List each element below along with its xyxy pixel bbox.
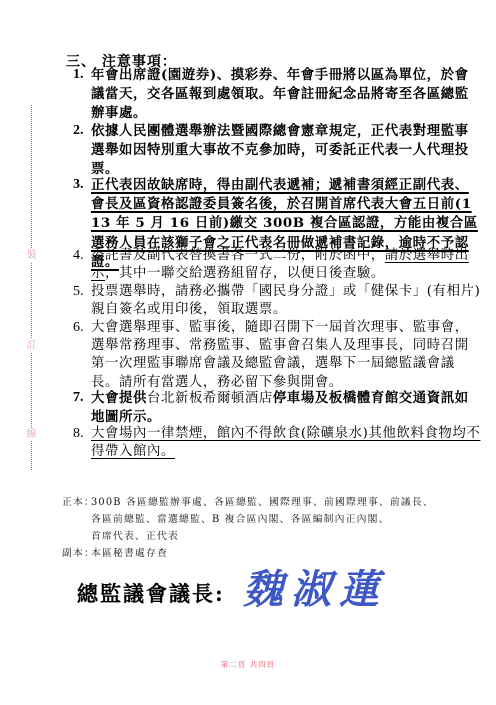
item-number: 4. (73, 247, 89, 265)
item-text: 投票選舉時，請務必攜帶「國民身分證」或「健保卡」(有相片)親自簽名或用印後，領取… (91, 283, 481, 319)
item-text: 大會選舉理事、監事後，隨即召開下一屆首次理事、監事會，選舉常務理事、常務監事、監… (91, 319, 481, 392)
notice-item: 8.大會場內一律禁煙，館內不得飲食(除礦泉水)其他飲料食物均不得帶入館內。 (73, 425, 481, 461)
item-number: 8. (73, 425, 89, 443)
signer-title: 總監議會議長: (77, 578, 225, 608)
item-text-segment: 台北新板希爾頓酒店 (147, 391, 273, 406)
item-text: 年會出席證(園遊券)、摸彩券、年會手冊將以區為單位，於會議當天，交各區報到處領取… (91, 66, 481, 124)
binding-mark-zhuang: 裝 (25, 249, 38, 262)
original-label: 正本： (62, 494, 95, 511)
signature-image: 魏淑蓮 (243, 558, 387, 615)
binding-mark-ding: 訂 (25, 339, 38, 352)
item-number: 1. (73, 66, 89, 84)
notice-item: 1.年會出席證(園遊券)、摸彩券、年會手冊將以區為單位，於會議當天，交各區報到處… (73, 66, 481, 124)
item-number: 2. (73, 122, 89, 140)
notice-item: 5.投票選舉時，請務必攜帶「國民身分證」或「健保卡」(有相片)親自簽名或用印後，… (73, 283, 481, 319)
item-text-segment: 依據人民團體選舉辦法暨國際總會憲章規定，正代表對理監事選舉如因特別重大事故不克參… (91, 123, 469, 177)
item-text: 委託書及副代表替換書各一式二份，附於函中，請於選舉時出示，其中一聯交給選務組留存… (91, 247, 481, 283)
binding-line (31, 105, 32, 470)
item-number: 5. (73, 283, 89, 301)
item-number: 3. (73, 176, 89, 194)
original-line: 各區前總監、當選總監、B 複合區內閣、各區編制內正內閣、 (91, 511, 434, 528)
item-text-segment: 投票選舉時，請務必攜帶「國民身分證」或「健保卡」(有相片)親自簽名或用印後，領取… (91, 284, 480, 317)
notice-item: 2.依據人民團體選舉辦法暨國際總會憲章規定，正代表對理監事選舉如因特別重大事故不… (73, 122, 481, 180)
item-text: 大會提供台北新板希爾頓酒店停車場及板橋體育館交通資訊如地圖所示。 (91, 389, 481, 427)
distribution-original: 正本： 300B 各區總監辦事處、各區總監、國際理事、前國際理事、前議長、 各區… (62, 494, 434, 545)
item-text-segment: 大會提供 (91, 390, 147, 406)
item-text: 依據人民團體選舉辦法暨國際總會憲章規定，正代表對理監事選舉如因特別重大事故不克參… (91, 122, 481, 180)
notice-item: 4.委託書及副代表替換書各一式二份，附於函中，請於選舉時出示，其中一聯交給選務組… (73, 247, 481, 283)
copy-label: 副本： (62, 545, 95, 562)
original-line: 首席代表、正代表 (91, 528, 434, 545)
original-line: 300B 各區總監辦事處、各區總監、國際理事、前國際理事、前議長、 (91, 494, 434, 511)
item-text-segment: 委託書及副代表替換書各一式二份，附於函中， (91, 248, 385, 263)
item-text-segment: ，其中一聯交給選務組留存，以便日後查驗。 (105, 266, 385, 281)
item-number: 6. (73, 319, 89, 337)
distribution-block: 正本： 300B 各區總監辦事處、各區總監、國際理事、前國際理事、前議長、 各區… (62, 494, 434, 562)
item-text: 大會場內一律禁煙，館內不得飲食(除礦泉水)其他飲料食物均不得帶入館內。 (91, 425, 481, 461)
notice-item: 7.大會提供台北新板希爾頓酒店停車場及板橋體育館交通資訊如地圖所示。 (73, 389, 481, 427)
item-text-segment: 年會出席證(園遊券)、摸彩券、年會手冊將以區為單位，於會議當天，交各區報到處領取… (91, 67, 469, 121)
item-number: 7. (73, 389, 89, 407)
item-text-segment: 大會選舉理事、監事後，隨即召開下一屆首次理事、監事會，選舉常務理事、常務監事、監… (91, 320, 469, 390)
notice-item: 6.大會選舉理事、監事後，隨即召開下一屆首次理事、監事會，選舉常務理事、常務監事… (73, 319, 481, 392)
binding-mark-xian: 線 (25, 428, 38, 441)
item-text-segment: 大會場內一律禁煙，館內不得飲食(除礦泉水)其他飲料食物均不得帶入館內。 (91, 426, 480, 459)
page-number-footer: 第二頁 共四頁 (0, 659, 496, 670)
